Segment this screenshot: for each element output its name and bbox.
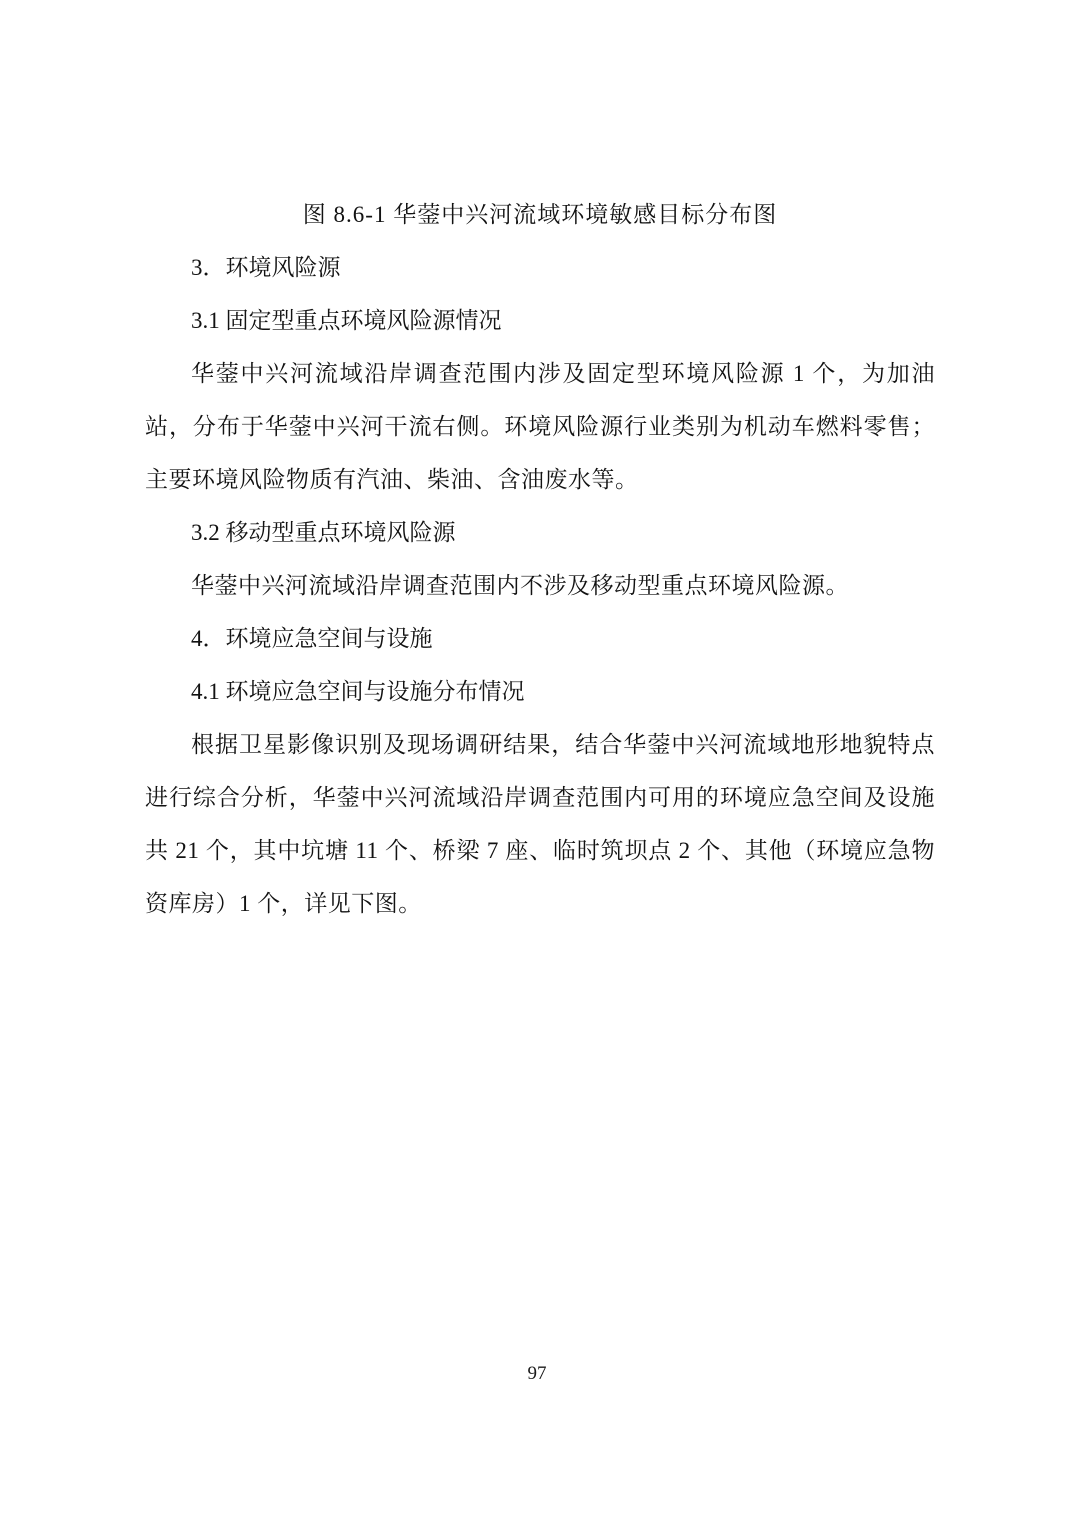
- paragraph-mobile-risk-sources: 华蓥中兴河流域沿岸调查范围内不涉及移动型重点环境风险源。: [145, 559, 935, 612]
- document-page: 图 8.6-1 华蓥中兴河流域环境敏感目标分布图 3．环境风险源 3.1 固定型…: [0, 0, 1074, 1520]
- page-number: 97: [0, 1362, 1074, 1386]
- heading-section-3-2: 3.2 移动型重点环境风险源: [145, 506, 935, 559]
- paragraph-fixed-risk-sources: 华蓥中兴河流域沿岸调查范围内涉及固定型环境风险源 1 个，为加油站，分布于华蓥中…: [145, 347, 935, 506]
- heading-section-3: 3．环境风险源: [145, 241, 935, 294]
- paragraph-emergency-space-facilities: 根据卫星影像识别及现场调研结果，结合华蓥中兴河流域地形地貌特点进行综合分析，华蓥…: [145, 718, 935, 930]
- heading-section-4-1: 4.1 环境应急空间与设施分布情况: [145, 665, 935, 718]
- figure-caption: 图 8.6-1 华蓥中兴河流域环境敏感目标分布图: [145, 188, 935, 241]
- heading-section-4: 4．环境应急空间与设施: [145, 612, 935, 665]
- heading-section-3-1: 3.1 固定型重点环境风险源情况: [145, 294, 935, 347]
